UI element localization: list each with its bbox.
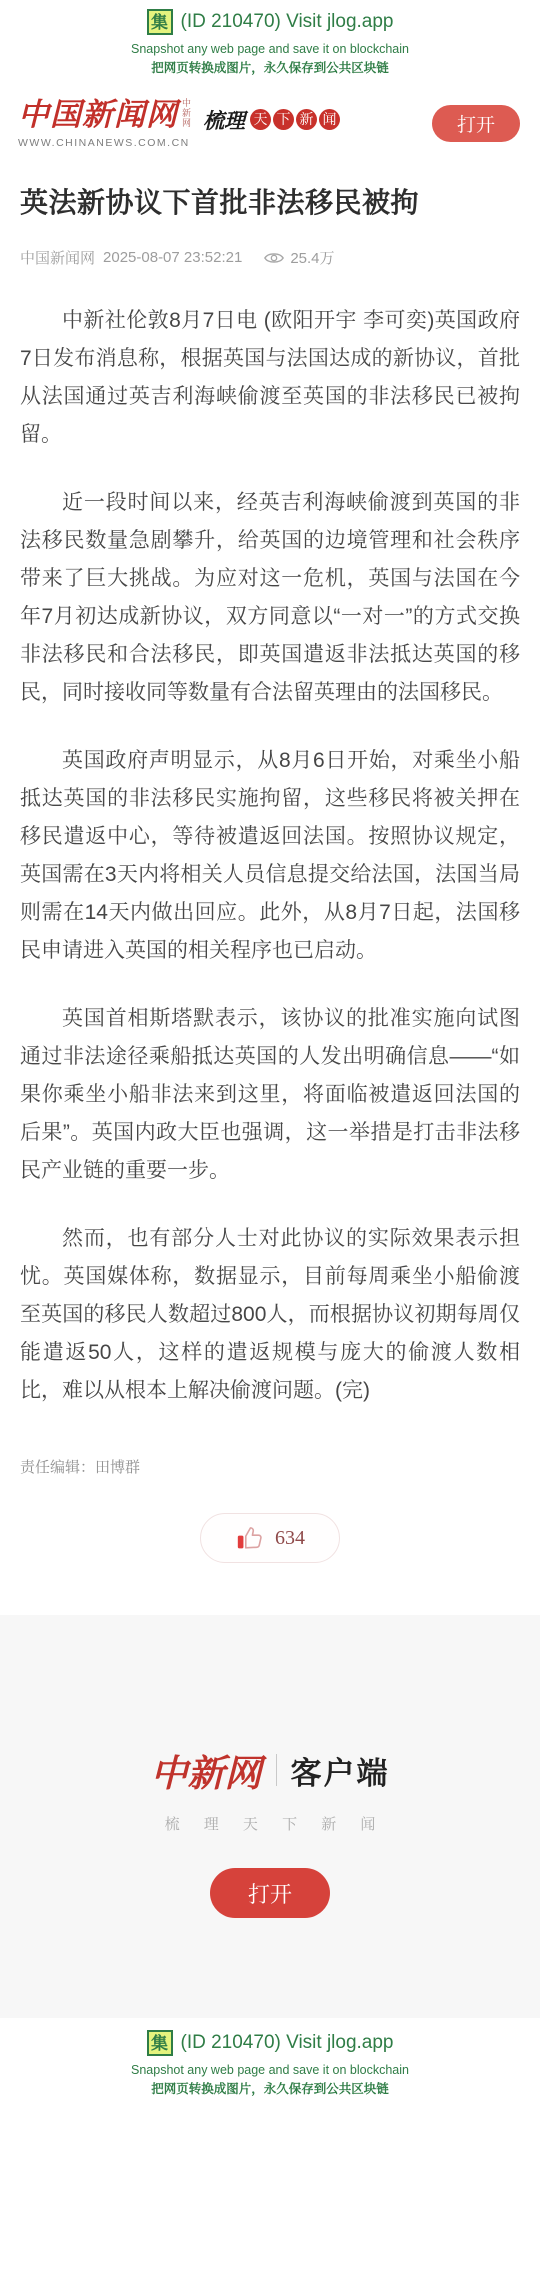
paragraph: 中新社伦敦8月7日电 (欧阳开宇 李可奕)英国政府7日发布消息称，根据英国与法国… bbox=[20, 302, 520, 454]
editor-credit: 责任编辑：田博群 bbox=[20, 1456, 520, 1477]
footer-open-app-button[interactable]: 打开 bbox=[210, 1868, 330, 1918]
footer-logo-row: 中新网 客户端 bbox=[0, 1743, 540, 1797]
footer-client-label: 客户端 bbox=[291, 1748, 390, 1793]
app-footer: 中新网 客户端 梳 理 天 下 新 闻 打开 bbox=[0, 1615, 540, 2018]
banner-subtitle-zh: 把网页转换成图片，永久保存到公共区块链 bbox=[0, 2079, 540, 2097]
banner-subtitle-en: Snapshot any web page and save it on blo… bbox=[0, 42, 540, 56]
view-count: 25.4万 bbox=[290, 247, 334, 268]
slogan-prefix: 梳理 bbox=[203, 105, 245, 135]
thumbs-up-icon bbox=[235, 1523, 265, 1553]
article-body: 中新社伦敦8月7日电 (欧阳开宇 李可奕)英国政府7日发布消息称，根据英国与法国… bbox=[20, 302, 520, 1410]
article-container: 英法新协议下首批非法移民被拘 中国新闻网 2025-08-07 23:52:21… bbox=[0, 183, 540, 1615]
banner-title-row: 集 (ID 210470) Visit jlog.app bbox=[0, 2030, 540, 2056]
paragraph: 然而，也有部分人士对此协议的实际效果表示担忧。英国媒体称，数据显示，目前每周乘坐… bbox=[20, 1220, 520, 1410]
jlog-logo-icon: 集 bbox=[147, 9, 173, 35]
article-title: 英法新协议下首批非法移民被拘 bbox=[20, 183, 520, 223]
like-section: 634 bbox=[20, 1513, 520, 1615]
banner-subtitle-en: Snapshot any web page and save it on blo… bbox=[0, 2063, 540, 2077]
view-count-group: 25.4万 bbox=[264, 247, 334, 268]
header-slogan: 梳理 天 下 新 闻 bbox=[203, 105, 340, 135]
eye-icon bbox=[264, 250, 284, 266]
chinanews-logo-vertical-text: 中新网 bbox=[181, 98, 191, 128]
chinanews-logo-block[interactable]: 中国新闻网 中新网 WWW.CHINANEWS.COM.CN bbox=[18, 98, 191, 149]
bottom-promo-banner: 集 (ID 210470) Visit jlog.app Snapshot an… bbox=[0, 2018, 540, 2103]
banner-title-row: 集 (ID 210470) Visit jlog.app bbox=[0, 9, 540, 35]
slogan-char-tian: 天 bbox=[250, 109, 271, 130]
footer-chinanews-logo: 中新网 bbox=[151, 1743, 262, 1797]
top-promo-banner: 集 (ID 210470) Visit jlog.app Snapshot an… bbox=[0, 0, 540, 82]
article-source: 中国新闻网 bbox=[20, 247, 95, 268]
like-count: 634 bbox=[275, 1527, 305, 1550]
divider bbox=[276, 1754, 277, 1786]
slogan-char-xin: 新 bbox=[296, 109, 317, 130]
paragraph: 英国政府声明显示，从8月6日开始，对乘坐小船抵达英国的非法移民实施拘留，这些移民… bbox=[20, 742, 520, 970]
header-open-app-button[interactable]: 打开 bbox=[432, 105, 520, 142]
like-button[interactable]: 634 bbox=[200, 1513, 340, 1563]
banner-subtitle-zh: 把网页转换成图片，永久保存到公共区块链 bbox=[0, 58, 540, 76]
jlog-logo-icon: 集 bbox=[147, 2030, 173, 2056]
article-meta: 中国新闻网 2025-08-07 23:52:21 25.4万 bbox=[20, 247, 520, 268]
paragraph: 英国首相斯塔默表示，该协议的批准实施向试图通过非法途径乘船抵达英国的人发出明确信… bbox=[20, 1000, 520, 1190]
footer-slogan: 梳 理 天 下 新 闻 bbox=[0, 1813, 540, 1834]
slogan-char-xia: 下 bbox=[273, 109, 294, 130]
paragraph: 近一段时间以来，经英吉利海峡偷渡到英国的非法移民数量急剧攀升，给英国的边境管理和… bbox=[20, 484, 520, 712]
banner-link-text[interactable]: (ID 210470) Visit jlog.app bbox=[181, 11, 394, 33]
chinanews-logo: 中国新闻网 bbox=[18, 98, 178, 132]
article-datetime: 2025-08-07 23:52:21 bbox=[103, 249, 242, 266]
slogan-char-wen: 闻 bbox=[319, 109, 340, 130]
site-header: 中国新闻网 中新网 WWW.CHINANEWS.COM.CN 梳理 天 下 新 … bbox=[0, 82, 540, 159]
site-url: WWW.CHINANEWS.COM.CN bbox=[18, 137, 191, 149]
banner-link-text[interactable]: (ID 210470) Visit jlog.app bbox=[181, 2032, 394, 2054]
